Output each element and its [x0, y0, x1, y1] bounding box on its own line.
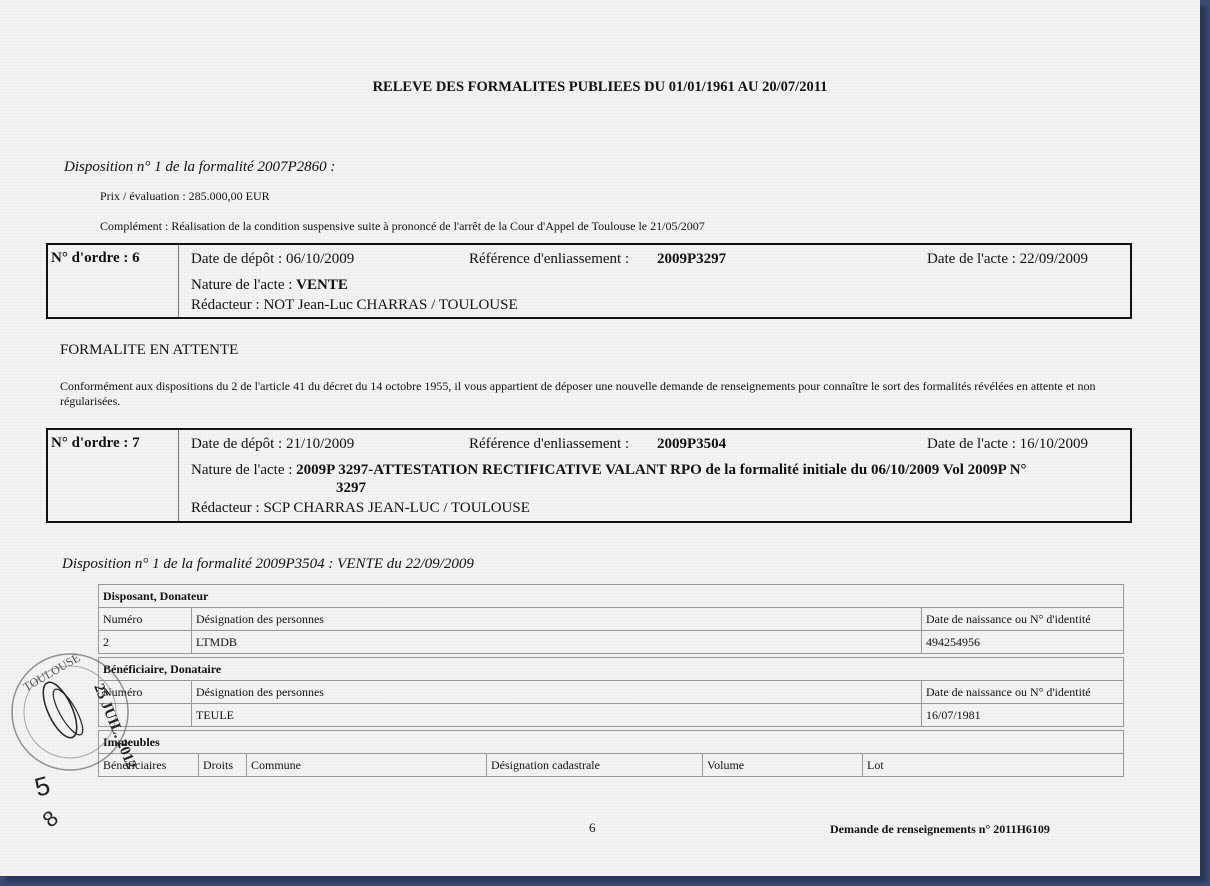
immeubles-table: Immeubles Bénéficiaires Droits Commune D… [98, 730, 1124, 777]
svg-text:25 JUIL. 2012: 25 JUIL. 2012 [90, 682, 139, 772]
section-header: Immeubles [98, 730, 1124, 754]
disposition-heading-2009: Disposition n° 1 de la formalité 2009P35… [62, 556, 474, 573]
table-header-row: Numéro Désignation des personnes Date de… [98, 608, 1124, 631]
prix-evaluation: Prix / évaluation : 285.000,00 EUR [100, 189, 270, 204]
attente-notice: Conformément aux dispositions du 2 de l'… [60, 379, 1120, 409]
page-title: RELEVE DES FORMALITES PUBLIEES DU 01/01/… [0, 79, 1200, 96]
col-designation: Désignation des personnes [191, 608, 324, 630]
formalite-en-attente-heading: FORMALITE EN ATTENTE [60, 342, 238, 359]
stamp-seal-icon: TOULOUSE 25 JUIL. 2012 5 8 [8, 650, 158, 830]
table-row: TEULE 16/07/1981 [98, 704, 1124, 727]
date-acte: Date de l'acte : 16/10/2009 [927, 436, 1088, 453]
date-acte: Date de l'acte : 22/09/2009 [927, 251, 1088, 268]
nature-label: Nature de l'acte : [191, 462, 292, 478]
nature-acte: Nature de l'acte : 2009P 3297-ATTESTATIO… [191, 462, 1027, 479]
nature-value: VENTE [296, 277, 348, 293]
date-depot: Date de dépôt : 06/10/2009 [191, 251, 354, 268]
nature-acte: Nature de l'acte : VENTE [191, 277, 348, 294]
court-stamp: TOULOUSE 25 JUIL. 2012 5 8 [8, 650, 158, 800]
section-header: Disposant, Donateur [98, 584, 1124, 608]
formalite-box-ordre-6: N° d'ordre : 6 Date de dépôt : 06/10/200… [46, 243, 1132, 319]
section-header: Bénéficiaire, Donataire [98, 657, 1124, 681]
col-lot: Lot [862, 754, 884, 776]
document-page: RELEVE DES FORMALITES PUBLIEES DU 01/01/… [0, 0, 1200, 876]
col-commune: Commune [246, 754, 301, 776]
reference-label: Référence d'enliassement : [469, 251, 629, 268]
reference-value: 2009P3297 [657, 251, 726, 268]
disposant-table: Disposant, Donateur Numéro Désignation d… [98, 584, 1124, 654]
table-header-row: Bénéficiaires Droits Commune Désignation… [98, 754, 1124, 777]
date-depot: Date de dépôt : 21/10/2009 [191, 436, 354, 453]
disposition-heading-2007: Disposition n° 1 de la formalité 2007P28… [64, 159, 335, 176]
cell-designation: LTMDB [191, 631, 237, 653]
page-number: 6 [589, 820, 596, 836]
cell-designation: TEULE [191, 704, 234, 726]
table-header-row: Numéro Désignation des personnes Date de… [98, 681, 1124, 704]
formalite-box-ordre-7: N° d'ordre : 7 Date de dépôt : 21/10/200… [46, 428, 1132, 523]
col-volume: Volume [702, 754, 744, 776]
cell-date-naissance: 494254956 [921, 631, 980, 653]
col-date-naissance: Date de naissance ou N° d'identité [921, 681, 1091, 703]
cell-date-naissance: 16/07/1981 [921, 704, 981, 726]
reference-label: Référence d'enliassement : [469, 436, 629, 453]
col-droits: Droits [198, 754, 233, 776]
svg-text:5: 5 [31, 770, 53, 803]
complement: Complément : Réalisation de la condition… [100, 219, 705, 234]
col-designation: Désignation des personnes [191, 681, 324, 703]
redacteur: Rédacteur : SCP CHARRAS JEAN-LUC / TOULO… [191, 500, 530, 517]
col-numero: Numéro [99, 608, 142, 630]
col-designation-cadastrale: Désignation cadastrale [486, 754, 600, 776]
section-title: Disposant, Donateur [99, 585, 208, 607]
nature-label: Nature de l'acte : [191, 277, 292, 293]
ordre-cell: N° d'ordre : 7 [48, 430, 179, 521]
nature-value-continued: 3297 [336, 480, 366, 497]
beneficiaire-table: Bénéficiaire, Donataire Numéro Désignati… [98, 657, 1124, 727]
demande-reference: Demande de renseignements n° 2011H6109 [830, 822, 1050, 837]
reference-value: 2009P3504 [657, 436, 726, 453]
ordre-number: N° d'ordre : 6 [51, 250, 140, 267]
ordre-number: N° d'ordre : 7 [51, 435, 140, 452]
table-row: 2 LTMDB 494254956 [98, 631, 1124, 654]
redacteur: Rédacteur : NOT Jean-Luc CHARRAS / TOULO… [191, 297, 518, 314]
nature-value: 2009P 3297-ATTESTATION RECTIFICATIVE VAL… [296, 462, 1026, 478]
svg-text:8: 8 [38, 805, 63, 830]
ordre-cell: N° d'ordre : 6 [48, 245, 179, 317]
col-date-naissance: Date de naissance ou N° d'identité [921, 608, 1091, 630]
